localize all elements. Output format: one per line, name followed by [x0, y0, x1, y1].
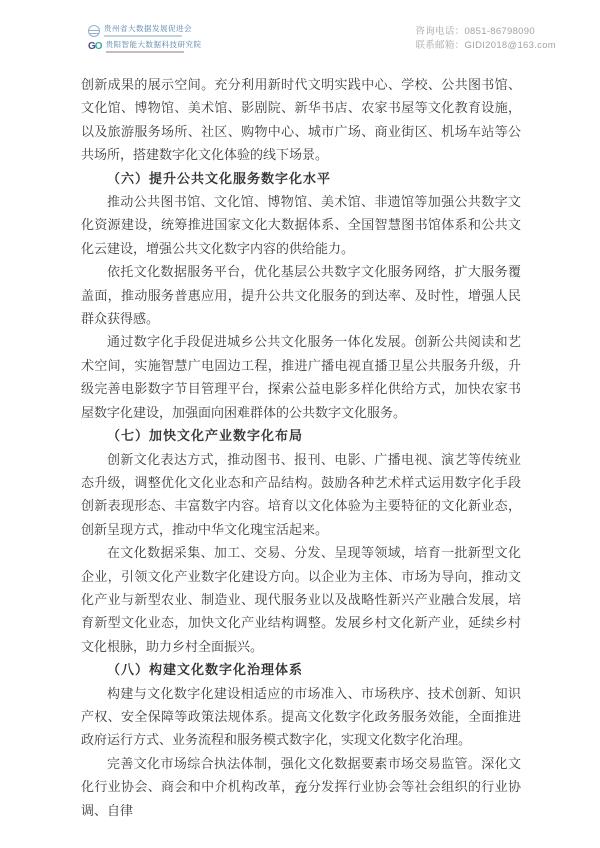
section-heading: （七）加快文化产业数字化布局	[81, 424, 521, 447]
association-name: 贵州省大数据发展促进会	[104, 25, 192, 33]
contact-phone-value: 0851-86798090	[464, 26, 534, 37]
institute-logo: GO 贵阳智能大数据科技研究院	[88, 41, 202, 53]
contact-email-value: GIDI2018@163.com	[464, 40, 556, 51]
body-paragraph: 在文化数据采集、加工、交易、分发、呈现等领域，培育一批新型文化企业，引领文化产业…	[81, 541, 521, 658]
globe-icon	[88, 25, 100, 37]
logo-group: 贵州省大数据发展促进会 GO 贵阳智能大数据科技研究院	[88, 25, 202, 53]
body-paragraph: 推动公共图书馆、文化馆、博物馆、美术馆、非遗馆等加强公共数字文化资源建设，统筹推…	[81, 190, 521, 260]
body-paragraph: 创新文化表达方式，推动图书、报刊、电影、广播电视、演艺等传统业态升级，调整优化文…	[81, 448, 521, 542]
go-logo-icon: GO	[88, 41, 102, 53]
institute-name: 贵阳智能大数据科技研究院	[106, 41, 202, 49]
section-heading: （六）提升公共文化服务数字化水平	[81, 167, 521, 190]
contact-phone-label: 咨询电话：	[415, 26, 464, 37]
page-header: 贵州省大数据发展促进会 GO 贵阳智能大数据科技研究院 咨询电话：0851-86…	[88, 25, 556, 53]
contact-info: 咨询电话：0851-86798090 联系邮箱：GIDI2018@163.com	[415, 25, 556, 53]
page-number: 12	[0, 782, 600, 797]
contact-email-label: 联系邮箱：	[415, 40, 464, 51]
document-page: 贵州省大数据发展促进会 GO 贵阳智能大数据科技研究院 咨询电话：0851-86…	[0, 0, 600, 848]
institute-subtitle-line	[106, 51, 184, 53]
contact-email: 联系邮箱：GIDI2018@163.com	[415, 39, 556, 53]
document-body: 创新成果的展示空间。充分利用新时代文明实践中心、学校、公共图书馆、文化馆、博物馆…	[81, 73, 521, 822]
body-paragraph: 依托文化数据服务平台，优化基层公共数字文化服务网络，扩大服务覆盖面，推动服务普惠…	[81, 260, 521, 330]
association-subtitle-line	[104, 35, 182, 37]
contact-phone: 咨询电话：0851-86798090	[415, 25, 556, 39]
section-heading: （八）构建文化数字化治理体系	[81, 658, 521, 681]
body-paragraph: 创新成果的展示空间。充分利用新时代文明实践中心、学校、公共图书馆、文化馆、博物馆…	[81, 73, 521, 167]
association-logo: 贵州省大数据发展促进会	[88, 25, 202, 37]
body-paragraph: 构建与文化数字化建设相适应的市场准入、市场秩序、技术创新、知识产权、安全保障等政…	[81, 682, 521, 752]
body-paragraph: 通过数字化手段促进城乡公共文化服务一体化发展。创新公共阅读和艺术空间，实施智慧广…	[81, 330, 521, 424]
